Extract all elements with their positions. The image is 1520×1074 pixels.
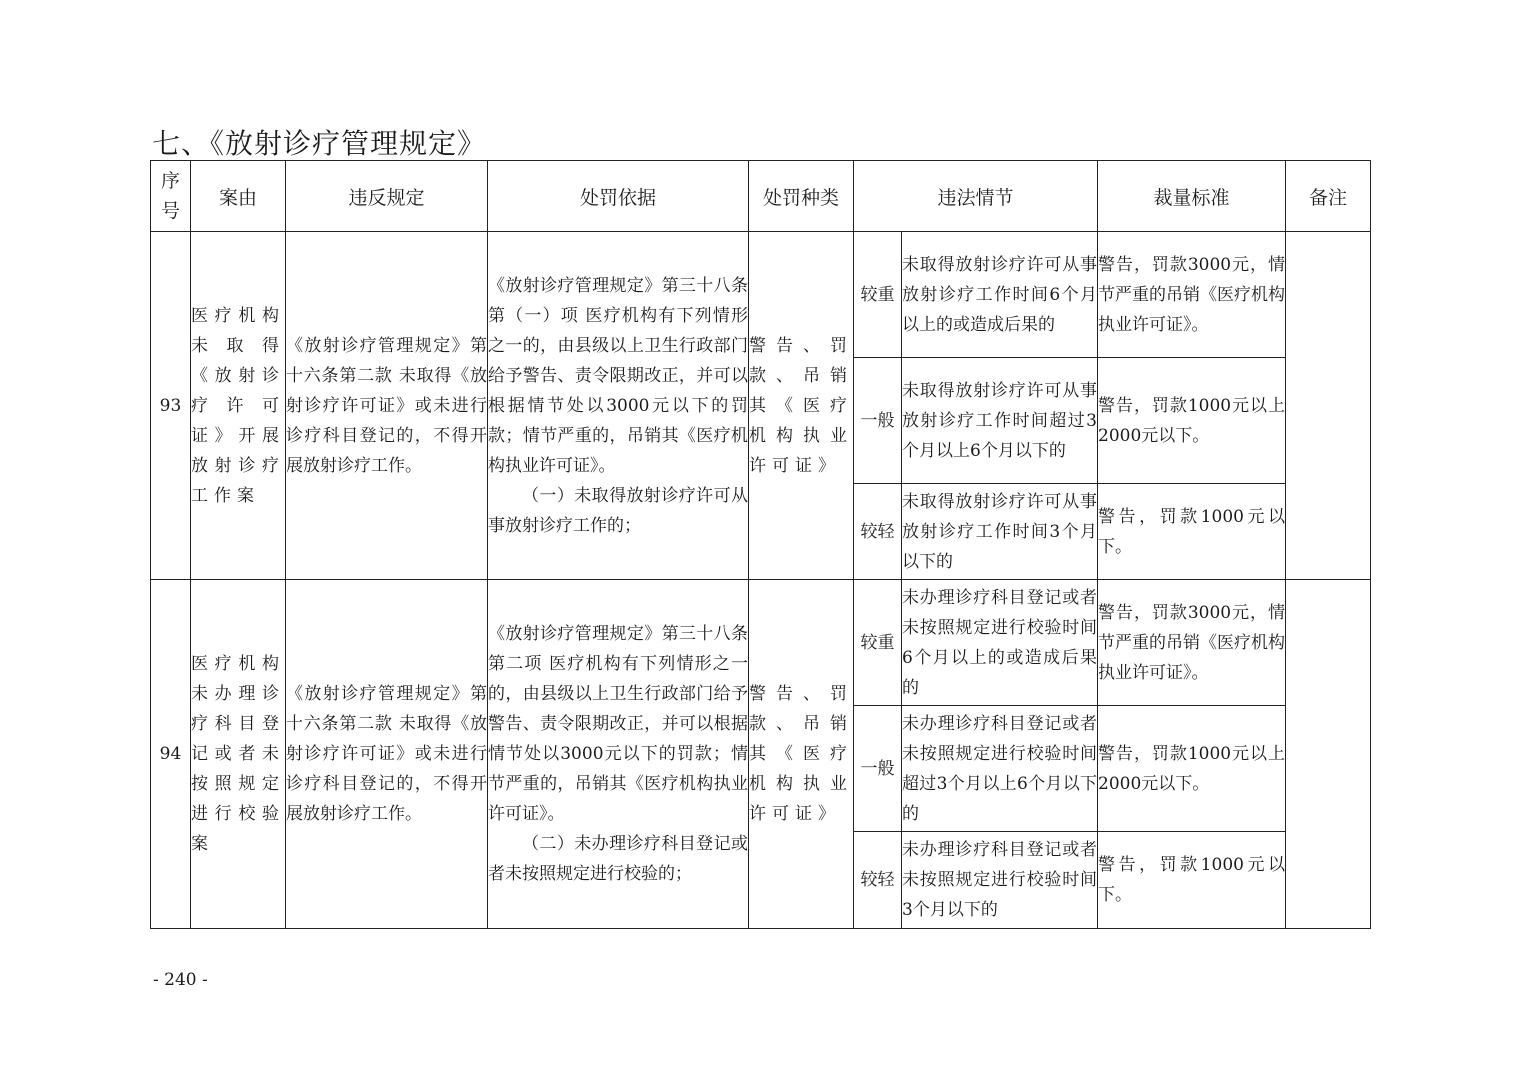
header-standard: 裁量标准	[1098, 161, 1286, 232]
header-seq: 序 号	[151, 161, 191, 232]
level-standard: 警告，罚款3000元，情节严重的吊销《医疗机构执业许可证》。	[1098, 232, 1286, 358]
level-circumstance: 未取得放射诊疗许可从事放射诊疗工作时间超过3个月以上6个月以下的	[902, 358, 1098, 484]
penalty-discretion-table: 序 号 案由 违反规定 处罚依据 处罚种类 违法情节 裁量标准 备注 93 医疗…	[150, 160, 1371, 929]
level-label: 一般	[854, 706, 902, 832]
basis-item: （一）未取得放射诊疗许可从事放射诊疗工作的；	[488, 481, 748, 541]
basis-item: （二）未办理诊疗科目登记或者未按照规定进行校验的；	[488, 829, 748, 889]
table-row: 93 医疗机构未取得《放射诊疗许可证》开展放射诊疗工作案 《放射诊疗管理规定》第…	[151, 232, 1371, 358]
table-row: 94 医疗机构未办理诊疗科目登记或者未按照规定进行校验案 《放射诊疗管理规定》第…	[151, 580, 1371, 706]
row-basis: 《放射诊疗管理规定》第三十八条第二项 医疗机构有下列情形之一的，由县级以上卫生行…	[488, 580, 749, 929]
row-case: 医疗机构未取得《放射诊疗许可证》开展放射诊疗工作案	[191, 232, 286, 580]
header-circumstances: 违法情节	[854, 161, 1098, 232]
basis-main: 《放射诊疗管理规定》第三十八条第二项 医疗机构有下列情形之一的，由县级以上卫生行…	[488, 619, 748, 829]
row-seq: 93	[151, 232, 191, 580]
level-standard: 警告，罚款1000元以下。	[1098, 484, 1286, 580]
row-violation: 《放射诊疗管理规定》第十六条第二款 未取得《放射诊疗许可证》或未进行诊疗科目登记…	[286, 580, 488, 929]
row-violation: 《放射诊疗管理规定》第十六条第二款 未取得《放射诊疗许可证》或未进行诊疗科目登记…	[286, 232, 488, 580]
level-circumstance: 未办理诊疗科目登记或者未按照规定进行校验时间3个月以下的	[902, 832, 1098, 929]
row-penalty-type: 警告、罚款、吊销其《医疗机构执业许可证》	[749, 580, 854, 929]
row-basis: 《放射诊疗管理规定》第三十八条第（一）项 医疗机构有下列情形之一的，由县级以上卫…	[488, 232, 749, 580]
level-label: 较轻	[854, 832, 902, 929]
level-label: 较重	[854, 232, 902, 358]
row-penalty-type: 警告、罚款、吊销其《医疗机构执业许可证》	[749, 232, 854, 580]
row-remarks	[1286, 580, 1371, 929]
header-seq-line1: 序	[151, 166, 190, 196]
level-standard: 警告，罚款3000元，情节严重的吊销《医疗机构执业许可证》。	[1098, 580, 1286, 706]
level-standard: 警告，罚款1000元以上2000元以下。	[1098, 706, 1286, 832]
level-circumstance: 未取得放射诊疗许可从事放射诊疗工作时间3个月以下的	[902, 484, 1098, 580]
header-seq-line2: 号	[151, 196, 190, 226]
header-case: 案由	[191, 161, 286, 232]
row-case: 医疗机构未办理诊疗科目登记或者未按照规定进行校验案	[191, 580, 286, 929]
page-number: - 240 -	[153, 970, 208, 990]
header-basis: 处罚依据	[488, 161, 749, 232]
level-label: 较重	[854, 580, 902, 706]
basis-main: 《放射诊疗管理规定》第三十八条第（一）项 医疗机构有下列情形之一的，由县级以上卫…	[488, 271, 748, 481]
level-circumstance: 未办理诊疗科目登记或者未按照规定进行校验时间超过3个月以上6个月以下的	[902, 706, 1098, 832]
level-standard: 警告，罚款1000元以上2000元以下。	[1098, 358, 1286, 484]
level-label: 一般	[854, 358, 902, 484]
level-circumstance: 未办理诊疗科目登记或者未按照规定进行校验时间6个月以上的或造成后果的	[902, 580, 1098, 706]
header-violation: 违反规定	[286, 161, 488, 232]
header-penalty-type: 处罚种类	[749, 161, 854, 232]
header-remarks: 备注	[1286, 161, 1371, 232]
row-seq: 94	[151, 580, 191, 929]
table-header-row: 序 号 案由 违反规定 处罚依据 处罚种类 违法情节 裁量标准 备注	[151, 161, 1371, 232]
row-remarks	[1286, 232, 1371, 580]
level-circumstance: 未取得放射诊疗许可从事放射诊疗工作时间6个月以上的或造成后果的	[902, 232, 1098, 358]
level-label: 较轻	[854, 484, 902, 580]
level-standard: 警告，罚款1000元以下。	[1098, 832, 1286, 929]
section-title: 七、《放射诊疗管理规定》	[152, 122, 486, 162]
